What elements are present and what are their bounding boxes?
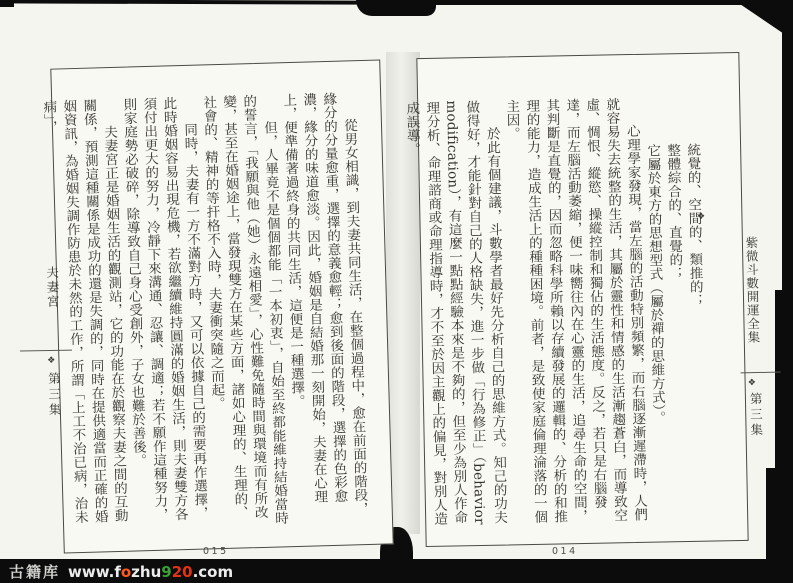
paragraph: 但，人畢竟不是個個都能「一本初衷」，自始至終都能維持結婚當時的誓言，「我願與他（… (198, 93, 290, 529)
diamond-ornament-icon: ❖ (697, 212, 705, 222)
left-page: 從男女相識，到夫妻共同生活，在整個過程中，愈在前面的階段，緣分的分量愈重，選擇的… (50, 59, 393, 553)
label-divider (741, 372, 781, 374)
label-divider (20, 350, 72, 352)
right-margin-label: 紫微斗數開運全集 ❖ 第三集 (736, 232, 783, 458)
diamond-ornament-icon: ❖ (47, 356, 55, 366)
left-margin-label: 夫妻宮 ❖ 第三集 (28, 252, 67, 453)
right-page: 統覺的、空間的、類推的； 整體綜合的、直覺的； 它屬於東方的思想型式（屬於禪的思… (416, 52, 748, 547)
book-title-label: 紫微斗數開運全集 (744, 236, 761, 344)
scan-edge-top-blob (356, 0, 436, 16)
right-page-text: 統覺的、空間的、類推的； 整體綜合的、直覺的； 它屬於東方的思想型式（屬於禪的思… (401, 96, 709, 536)
scan-edge-top-left (0, 0, 14, 7)
paragraph: 同時，夫妻有一方不滿對方時，又可以依據自己的需要再作選擇，此時婚姻容易出現危機，… (118, 96, 210, 532)
paragraph: 於此有個建議，斗數學者最好先分析自己的思維方式。知己的功夫做得好，才能針對自己的… (401, 100, 509, 536)
chapter-label: 夫妻宮 (44, 266, 60, 310)
diamond-ornament-icon: ❖ (748, 378, 756, 388)
scan-edge-top-right (430, 0, 746, 5)
book-scan: 從男女相識，到夫妻共同生活，在整個過程中，愈在前面的階段，緣分的分量愈重，選擇的… (0, 0, 793, 583)
page-number-left: 015 (203, 546, 229, 557)
watermark-site-name: 古籍库 (9, 563, 60, 581)
watermark: 古籍库www.fozhu920.com (9, 561, 233, 582)
volume-label: 第三集 (46, 372, 62, 419)
page-number-right: 014 (552, 546, 578, 557)
paragraph: 從男女相識，到夫妻共同生活，在整個過程中，愈在前面的階段，緣分的分量愈重，選擇的… (278, 91, 370, 527)
volume-label: 第三集 (748, 392, 764, 439)
left-page-text: 從男女相識，到夫妻共同生活，在整個過程中，愈在前面的階段，緣分的分量愈重，選擇的… (38, 91, 370, 534)
watermark-url: www.fozhu920.com (68, 563, 233, 581)
scan-edge-top (0, 0, 362, 5)
paragraph: 心理學家發現，當左腦的活動特別頻繁，而右腦逐漸遲滯時，人們就容易失去統整的生活，… (501, 97, 649, 534)
